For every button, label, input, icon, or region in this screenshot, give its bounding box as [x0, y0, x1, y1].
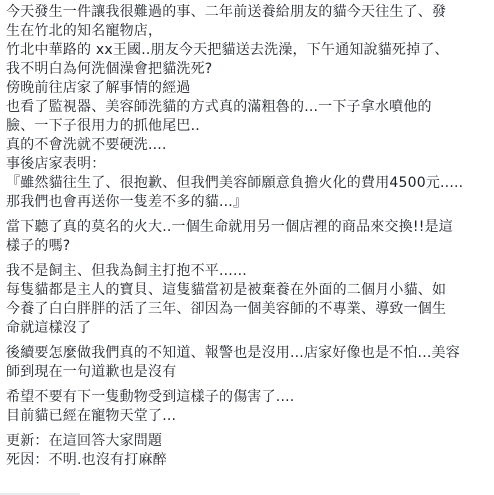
post-line: 我不是飼主、但我為飼主打抱不平......	[6, 262, 490, 281]
post-line: 目前貓已經在寵物天堂了...	[6, 407, 490, 426]
post-body: 今天發生一件讓我很難過的事、二年前送養給朋友的貓今天往生了、發 生在竹北的知名寵…	[6, 0, 490, 476]
post-paragraph-hope: 希望不要有下一隻動物受到這樣子的傷害了.... 目前貓已經在寵物天堂了...	[6, 388, 490, 426]
post-line: 命就這樣沒了	[6, 319, 490, 338]
post-line: 也看了監視器、美容師洗貓的方式真的滿粗魯的...一下子拿水噴他的	[6, 98, 490, 117]
post-paragraph-reaction: 當下聽了真的莫名的火大..一個生命就用另一個店裡的商品來交換!!是這 樣子的嗎?	[6, 218, 490, 256]
post-line: 臉、一下子很用力的抓他尾巴..	[6, 117, 490, 136]
post-line: 每隻貓都是主人的寶貝、這隻貓當初是被棄養在外面的二個月小貓、如	[6, 281, 490, 300]
post-line: 當下聽了真的莫名的火大..一個生命就用另一個店裡的商品來交換!!是這	[6, 218, 490, 237]
post-line: 樣子的嗎?	[6, 237, 490, 256]
post-line-quote: 『雖然貓往生了、很抱歉、但我們美容師願意負擔火化的費用4500元.....	[6, 174, 490, 193]
post-line: 生在竹北的知名寵物店，	[6, 22, 490, 41]
post-paragraph-update: 更新：在這回答大家問題 死因：不明.也沒有打麻醉	[6, 432, 490, 470]
post-line: 後續要怎麼做我們真的不知道、報警也是沒用...店家好像也是不怕...美容	[6, 344, 490, 363]
post-line: 希望不要有下一隻動物受到這樣子的傷害了....	[6, 388, 490, 407]
post-line: 竹北中華路的 xx王國..朋友今天把貓送去洗澡，下午通知說貓死掉了、	[6, 41, 490, 60]
post-line: 師到現在一句道歉也是沒有	[6, 363, 490, 382]
post-line: 事後店家表明：	[6, 155, 490, 174]
post-paragraph-followup: 後續要怎麼做我們真的不知道、報警也是沒用...店家好像也是不怕...美容 師到現…	[6, 344, 490, 382]
post-paragraph-owner: 我不是飼主、但我為飼主打抱不平...... 每隻貓都是主人的寶貝、這隻貓當初是被…	[6, 262, 490, 338]
post-line: 傍晚前往店家了解事情的經過	[6, 79, 490, 98]
post-line: 我不明白為何洗個澡會把貓洗死?	[6, 60, 490, 79]
post-line: 真的不會洗就不要硬洗....	[6, 136, 490, 155]
post-line: 更新：在這回答大家問題	[6, 432, 490, 451]
post-line: 死因：不明.也沒有打麻醉	[6, 451, 490, 470]
post-paragraph-story: 今天發生一件讓我很難過的事、二年前送養給朋友的貓今天往生了、發 生在竹北的知名寵…	[6, 3, 490, 212]
post-line: 今養了白白胖胖的活了三年、卻因為一個美容師的不專業、導致一個生	[6, 300, 490, 319]
post-line: 今天發生一件讓我很難過的事、二年前送養給朋友的貓今天往生了、發	[6, 3, 490, 22]
post-line-quote: 那我們也會再送你一隻差不多的貓...』	[6, 193, 490, 212]
